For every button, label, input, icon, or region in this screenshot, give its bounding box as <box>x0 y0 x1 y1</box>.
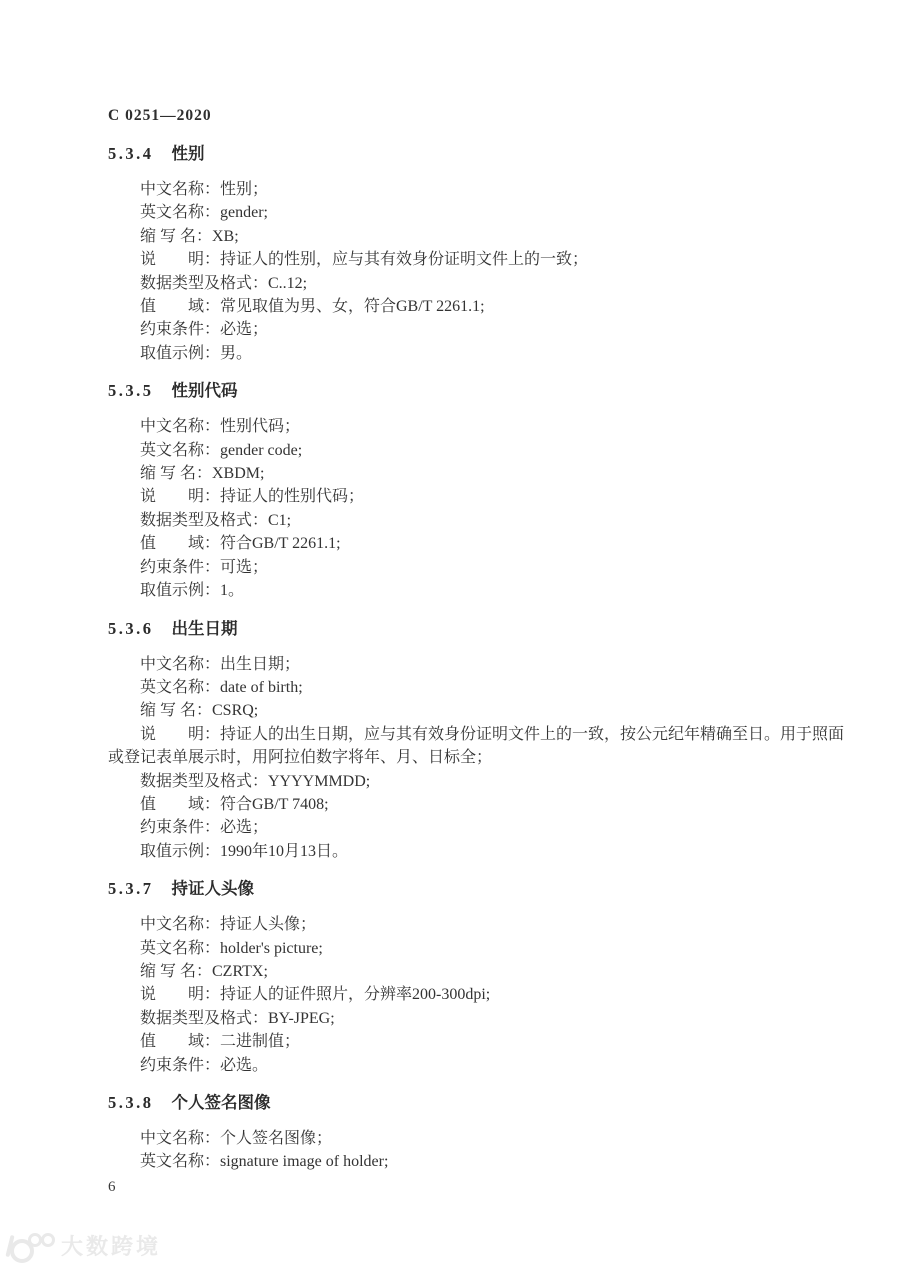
page-number: 6 <box>108 1176 844 1198</box>
field-line: 取值示例：1。 <box>108 579 844 602</box>
section-number: 5.3.7 <box>108 879 154 898</box>
field-line: 值 域：常见取值为男、女，符合GB/T 2261.1; <box>108 295 844 318</box>
field-line: 缩 写 名：XB; <box>108 225 844 248</box>
field-line: 中文名称：出生日期； <box>108 653 844 676</box>
field-line: 约束条件：可选； <box>108 556 844 579</box>
field-line: 中文名称：个人签名图像； <box>108 1127 844 1150</box>
field-line: 英文名称：holder's picture; <box>108 937 844 960</box>
section-title: 个人签名图像 <box>172 1093 271 1112</box>
field-line: 数据类型及格式：C..12; <box>108 272 844 295</box>
watermark: 大数跨境 <box>8 1230 161 1261</box>
section-number: 5.3.4 <box>108 144 154 163</box>
field-line: 说 明：持证人的证件照片，分辨率200-300dpi; <box>108 983 844 1006</box>
field-line: 中文名称：持证人头像； <box>108 913 844 936</box>
field-line: 值 域：二进制值； <box>108 1030 844 1053</box>
field-line: 中文名称：性别； <box>108 178 844 201</box>
field-line: 约束条件：必选； <box>108 318 844 341</box>
section-number: 5.3.8 <box>108 1093 154 1112</box>
field-line: 说 明：持证人的性别代码； <box>108 485 844 508</box>
section-title: 出生日期 <box>172 619 238 638</box>
field-line: 缩 写 名：CZRTX; <box>108 960 844 983</box>
section-title: 性别 <box>172 144 205 163</box>
field-line: 中文名称：性别代码； <box>108 415 844 438</box>
field-line: 数据类型及格式：BY-JPEG; <box>108 1007 844 1030</box>
field-line: 数据类型及格式：YYYYMMDD; <box>108 770 844 793</box>
section-heading-gender-code: 5.3.5性别代码 <box>108 379 844 403</box>
field-line: 约束条件：必选。 <box>108 1054 844 1077</box>
page-content: C 0251—2020 5.3.4性别 中文名称：性别； 英文名称：gender… <box>0 0 900 1198</box>
document-page: C 0251—2020 5.3.4性别 中文名称：性别； 英文名称：gender… <box>0 0 900 1273</box>
field-line: 值 域：符合GB/T 2261.1; <box>108 532 844 555</box>
section-title: 持证人头像 <box>172 879 255 898</box>
section-heading-holder-picture: 5.3.7持证人头像 <box>108 877 844 901</box>
watermark-text: 大数跨境 <box>61 1230 161 1261</box>
field-line: 说 明：持证人的性别，应与其有效身份证明文件上的一致； <box>108 248 844 271</box>
field-line: 取值示例：1990年10月13日。 <box>108 840 844 863</box>
field-line: 说 明：持证人的出生日期，应与其有效身份证明文件上的一致，按公元纪年精确至日。用… <box>108 723 844 770</box>
field-line: 数据类型及格式：C1; <box>108 509 844 532</box>
field-line: 取值示例：男。 <box>108 342 844 365</box>
dashu-kuajing-logo-icon <box>8 1231 52 1261</box>
field-line: 缩 写 名：CSRQ; <box>108 699 844 722</box>
field-line: 英文名称：gender; <box>108 201 844 224</box>
field-line: 英文名称：date of birth; <box>108 676 844 699</box>
field-line: 缩 写 名：XBDM; <box>108 462 844 485</box>
section-title: 性别代码 <box>172 381 238 400</box>
field-line: 英文名称：gender code; <box>108 439 844 462</box>
section-heading-date-of-birth: 5.3.6出生日期 <box>108 617 844 641</box>
field-line: 英文名称：signature image of holder; <box>108 1150 844 1173</box>
section-heading-gender: 5.3.4性别 <box>108 142 844 166</box>
section-number: 5.3.5 <box>108 381 154 400</box>
standard-number: C 0251—2020 <box>108 104 844 128</box>
section-number: 5.3.6 <box>108 619 154 638</box>
section-heading-signature-image: 5.3.8个人签名图像 <box>108 1091 844 1115</box>
field-line: 值 域：符合GB/T 7408; <box>108 793 844 816</box>
field-line: 约束条件：必选； <box>108 816 844 839</box>
